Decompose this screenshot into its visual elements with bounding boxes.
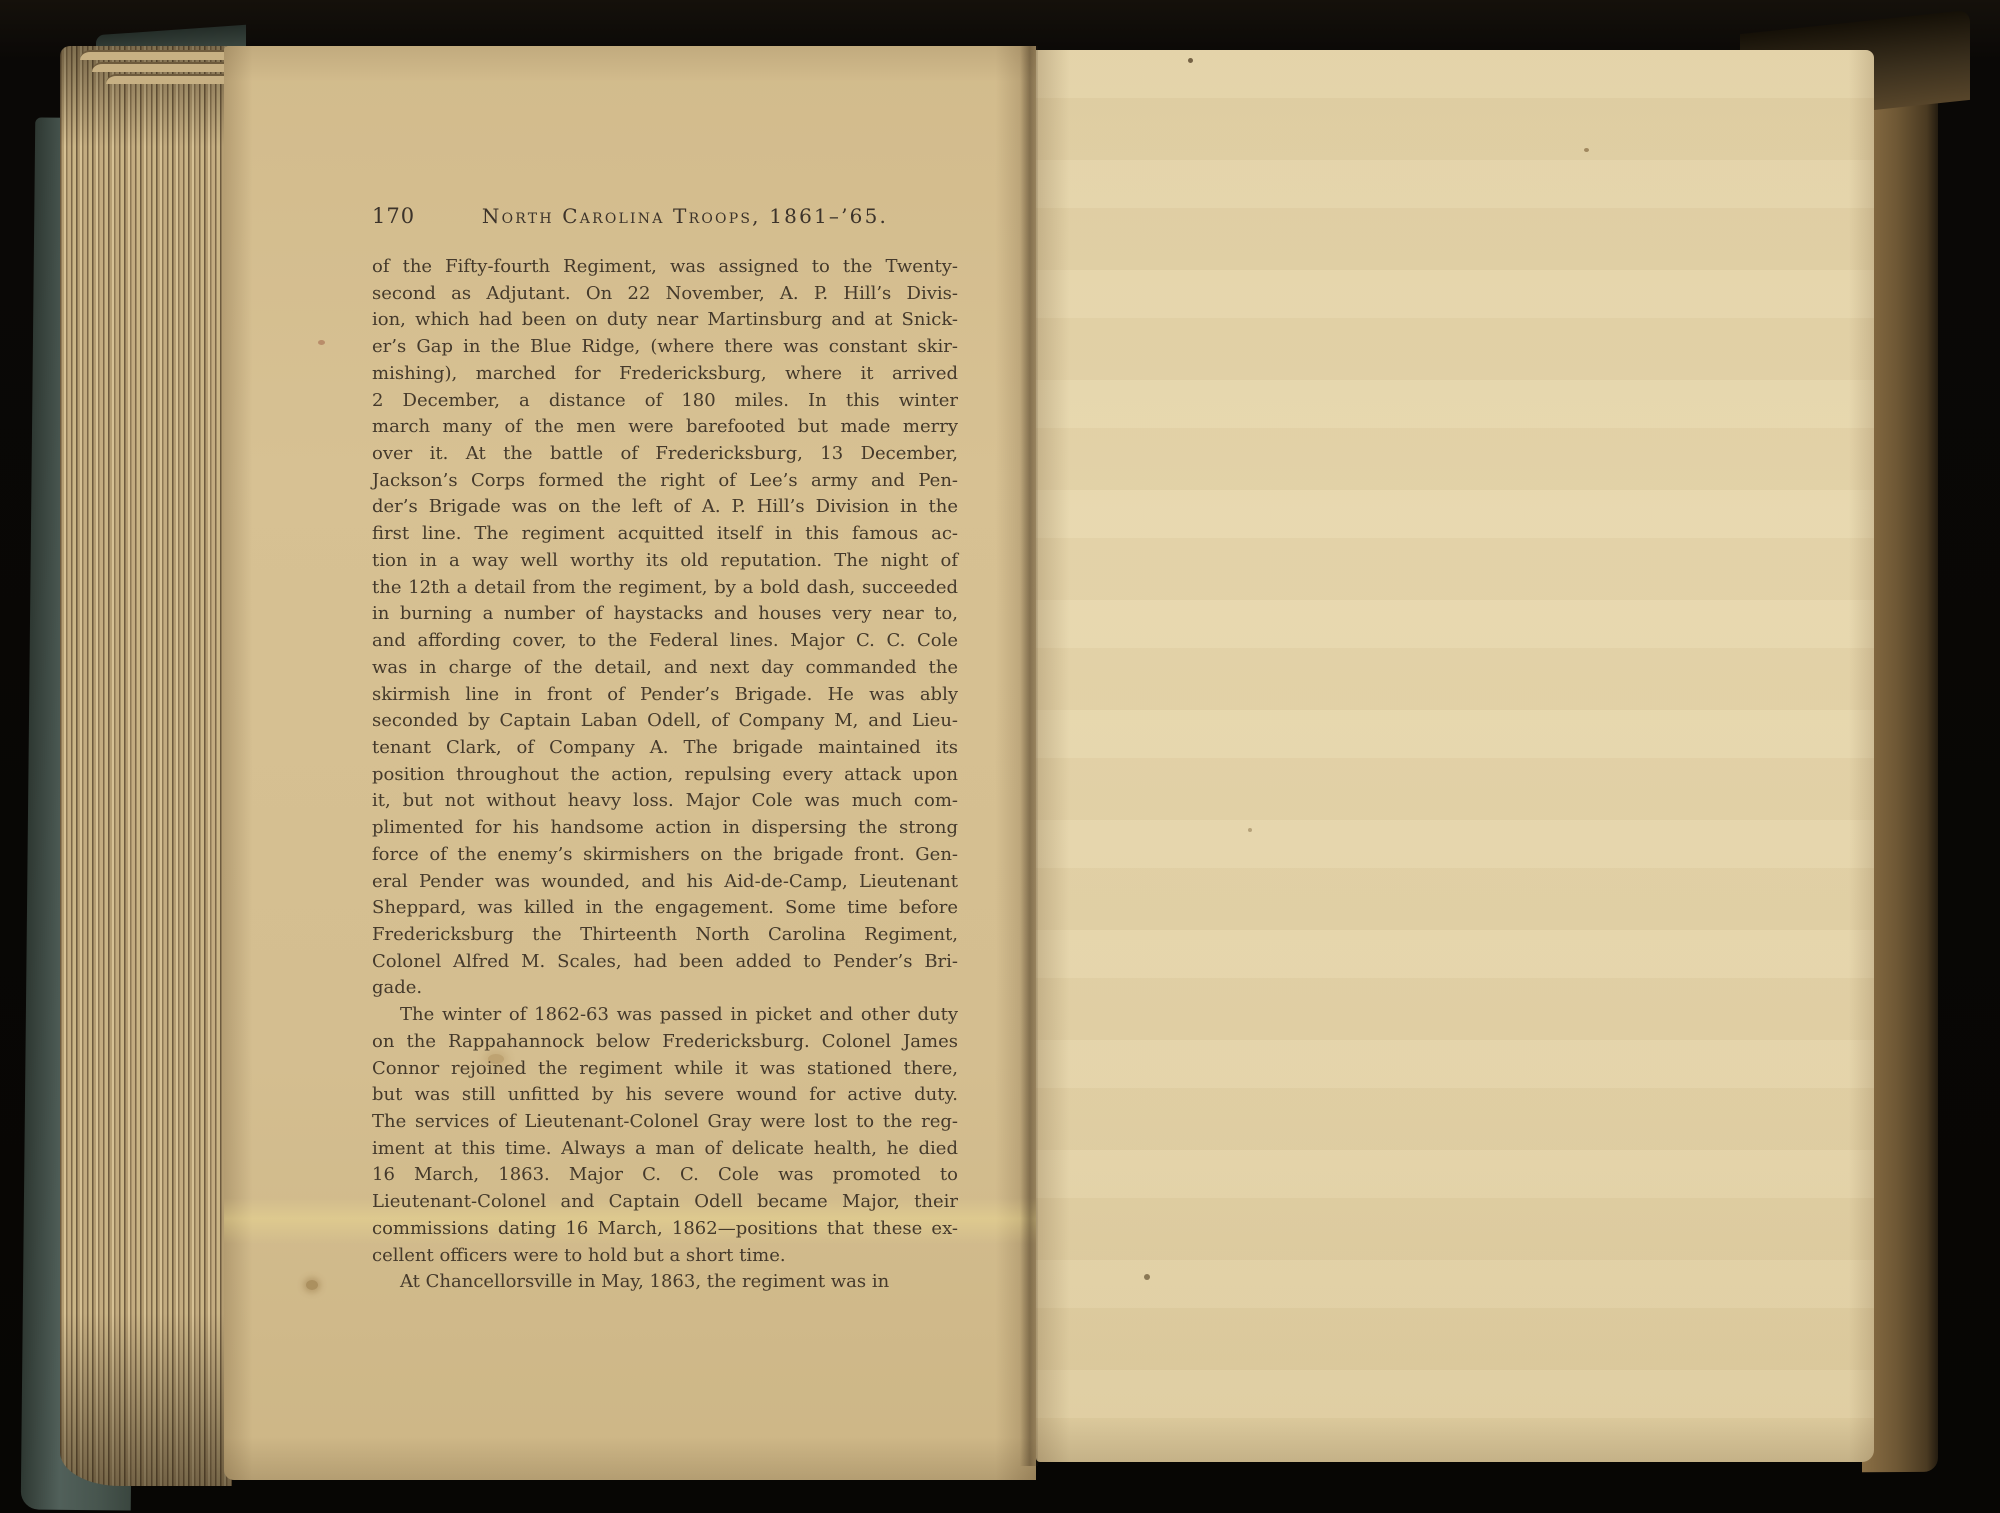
text-line: mishing), marched for Fredericksburg, wh…: [372, 361, 958, 388]
text-line: der’s Brigade was on the left of A. P. H…: [372, 494, 958, 521]
page-stack-edges: [60, 46, 232, 1486]
text-line: 16 March, 1863. Major C. C. Cole was pro…: [372, 1162, 958, 1189]
text-line: The winter of 1862-63 was passed in pick…: [372, 1002, 958, 1029]
text-line: tion in a way well worthy its old reputa…: [372, 548, 958, 575]
text-line: er’s Gap in the Blue Ridge, (where there…: [372, 334, 958, 361]
text-line: position throughout the action, repulsin…: [372, 762, 958, 789]
text-line: and affording cover, to the Federal line…: [372, 628, 958, 655]
text-line: march many of the men were barefooted bu…: [372, 414, 958, 441]
text-line: eral Pender was wounded, and his Aid-de-…: [372, 869, 958, 896]
foxing-spot: [1144, 1274, 1150, 1280]
page-corner-edge: [92, 62, 232, 72]
text-line: iment at this time. Always a man of deli…: [372, 1136, 958, 1163]
text-line: but was still unfitted by his severe wou…: [372, 1082, 958, 1109]
text-line: first line. The regiment acquitted itsel…: [372, 521, 958, 548]
foxing-spot: [488, 1054, 504, 1064]
foxing-spot: [1248, 828, 1252, 832]
text-line: skirmish line in front of Pender’s Briga…: [372, 682, 958, 709]
foxing-spot: [318, 340, 325, 345]
page-number: 170: [372, 204, 415, 228]
page-corner-edge: [80, 50, 232, 60]
page-header: 170 North Carolina Troops, 1861–’65.: [372, 204, 958, 234]
text-line: ion, which had been on duty near Martins…: [372, 307, 958, 334]
text-line: seconded by Captain Laban Odell, of Comp…: [372, 708, 958, 735]
text-line: force of the enemy’s skirmishers on the …: [372, 842, 958, 869]
text-line: Sheppard, was killed in the engagement. …: [372, 895, 958, 922]
text-line: it, but not without heavy loss. Major Co…: [372, 788, 958, 815]
foxing-spot: [306, 1280, 318, 1290]
center-fold-shadow: [1020, 46, 1038, 1466]
text-line: tenant Clark, of Company A. The brigade …: [372, 735, 958, 762]
text-line: gade.: [372, 975, 958, 1002]
right-page-blank: [1036, 50, 1874, 1462]
text-line: on the Rappahannock below Fredericksburg…: [372, 1029, 958, 1056]
text-line: Colonel Alfred M. Scales, had been added…: [372, 949, 958, 976]
text-line: At Chancellorsville in May, 1863, the re…: [372, 1269, 958, 1296]
text-line: The services of Lieutenant-Colonel Gray …: [372, 1109, 958, 1136]
text-line: Lieutenant-Colonel and Captain Odell bec…: [372, 1189, 958, 1216]
text-line: cellent officers were to hold but a shor…: [372, 1243, 958, 1270]
text-line: over it. At the battle of Fredericksburg…: [372, 441, 958, 468]
page-corner-edge: [106, 74, 232, 84]
text-line: plimented for his handsome action in dis…: [372, 815, 958, 842]
text-line: in burning a number of haystacks and hou…: [372, 601, 958, 628]
text-line: second as Adjutant. On 22 November, A. P…: [372, 281, 958, 308]
text-line: Fredericksburg the Thirteenth North Caro…: [372, 922, 958, 949]
foxing-spot: [1188, 58, 1193, 63]
text-line: 2 December, a distance of 180 miles. In …: [372, 388, 958, 415]
text-line: Connor rejoined the regiment while it wa…: [372, 1056, 958, 1083]
text-line: Jackson’s Corps formed the right of Lee’…: [372, 468, 958, 495]
foxing-spot: [1584, 148, 1589, 152]
text-line: of the Fifty-fourth Regiment, was assign…: [372, 254, 958, 281]
text-line: was in charge of the detail, and next da…: [372, 655, 958, 682]
text-line: commissions dating 16 March, 1862—positi…: [372, 1216, 958, 1243]
running-header-title: North Carolina Troops, 1861–’65.: [412, 204, 958, 228]
text-line: the 12th a detail from the regiment, by …: [372, 575, 958, 602]
page-text: of the Fifty-fourth Regiment, was assign…: [372, 254, 958, 1296]
scanned-book-photo: { "page": { "number": "170", "header_tit…: [0, 0, 2000, 1513]
